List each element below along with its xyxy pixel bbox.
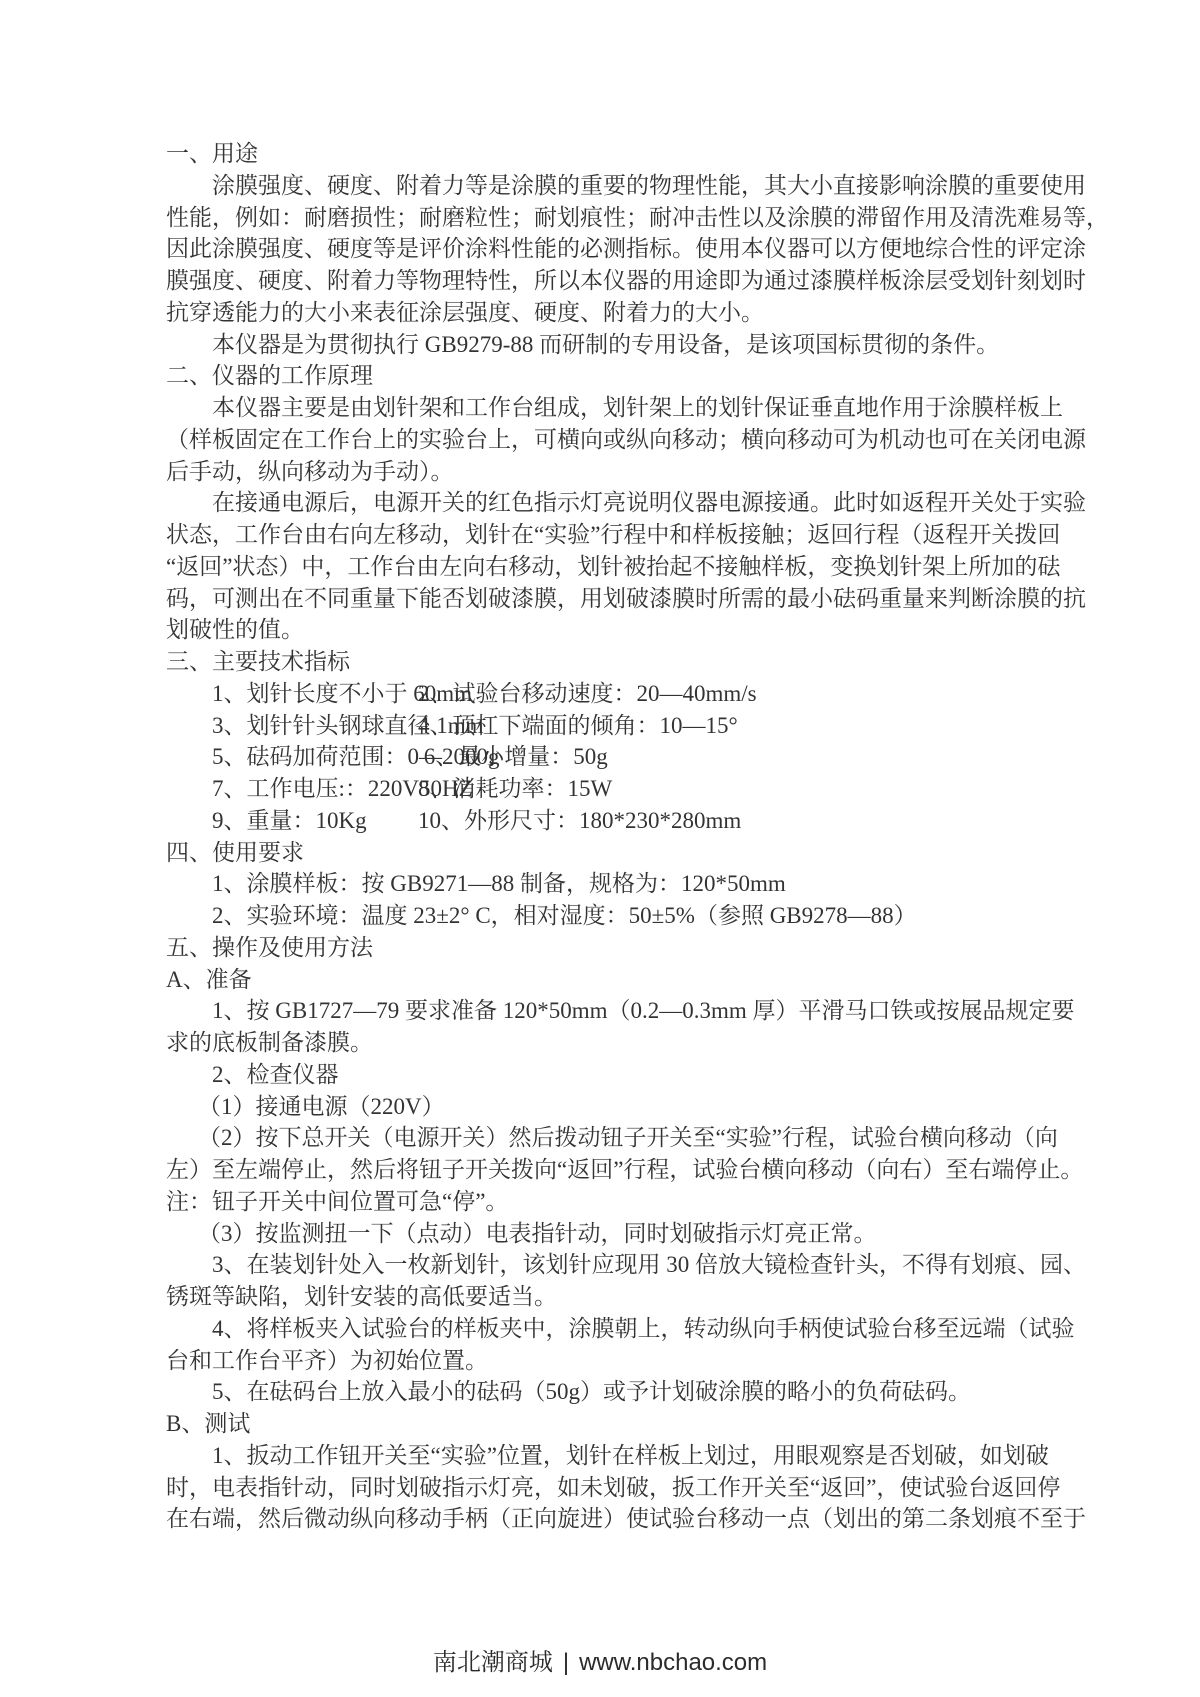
text-line: 后手动，纵向移动为手动）。 [166,456,1066,488]
text-line: 本仪器主要是由划针架和工作台组成，划针架上的划针保证垂直地作用于涂膜样板上 [166,392,1066,424]
section-heading: 四、使用要求 [166,837,1066,869]
section-heading: 五、操作及使用方法 [166,932,1066,964]
text-line: （2）按下总开关（电源开关）然后拨动钮子开关至“实验”行程，试验台横向移动（向 [166,1122,1066,1154]
footer-url: www.nbchao.com [579,1649,767,1676]
spec-line: 5、砝码加荷范围：0—2000g 6、最小增量：50g [166,741,1066,773]
text-line: 5、在砝码台上放入最小的砝码（50g）或予计划破涂膜的略小的负荷砝码。 [166,1376,1066,1408]
text-line: 2、实验环境：温度 23±2° C，相对湿度：50±5%（参照 GB9278—8… [166,900,1066,932]
text-line: 4、将样板夹入试验台的样板夹中，涂膜朝上，转动纵向手柄使试验台移至远端（试验 [166,1313,1066,1345]
section-heading: B、测试 [166,1408,1066,1440]
text-line: （样板固定在工作台上的实验台上，可横向或纵向移动；横向移动可为机动也可在关闭电源 [166,424,1066,456]
spec-line: 9、重量：10Kg10、外形尺寸：180*230*280mm [166,805,1066,837]
text-line: 涂膜强度、硬度、附着力等是涂膜的重要的物理性能，其大小直接影响涂膜的重要使用 [166,170,1066,202]
section-heading: 三、主要技术指标 [166,646,1066,678]
spec-item: 4、顶杠下端面的倾角：10—15° [418,710,738,742]
footer-site-name: 南北潮商城 [433,1649,553,1676]
spec-item: 7、工作电压:：220V50HZ [212,773,418,805]
text-line: 求的底板制备漆膜。 [166,1027,1066,1059]
spec-line: 7、工作电压:：220V50HZ8、消耗功率：15W [166,773,1066,805]
spec-item: 2、试验台移动速度：20—40mm/s [418,678,757,710]
spec-line: 3、划针针头钢球直径 1mm4、顶杠下端面的倾角：10—15° [166,710,1066,742]
text-line: 在接通电源后，电源开关的红色指示灯亮说明仪器电源接通。此时如返程开关处于实验 [166,487,1066,519]
text-line: 划破性的值。 [166,614,1066,646]
text-line: 3、在装划针处入一枚新划针，该划针应现用 30 倍放大镜检查针头，不得有划痕、园… [166,1249,1066,1281]
text-line: 1、按 GB1727—79 要求准备 120*50mm（0.2—0.3mm 厚）… [166,995,1066,1027]
section-heading: 一、用途 [166,138,1066,170]
text-line: 1、涂膜样板：按 GB9271—88 制备，规格为：120*50mm [166,868,1066,900]
text-line: 台和工作台平齐）为初始位置。 [166,1345,1066,1377]
spec-item: 5、砝码加荷范围：0—2000g [212,741,418,773]
page-footer: 南北潮商城|www.nbchao.com [0,1642,1200,1677]
spec-item: 1、划针长度不小于 60mm [212,678,418,710]
text-line: “返回”状态）中，工作台由左向右移动，划针被抬起不接触样板，变换划针架上所加的砝 [166,551,1066,583]
text-line: 本仪器是为贯彻执行 GB9279-88 而研制的专用设备，是该项国标贯彻的条件。 [166,329,1066,361]
footer-separator: | [563,1649,569,1676]
text-line: 时，电表指针动，同时划破指示灯亮，如未划破，扳工作开关至“返回”，使试验台返回停 [166,1472,1066,1504]
spec-item: 3、划针针头钢球直径 1mm [212,710,418,742]
text-line: （3）按监测扭一下（点动）电表指针动，同时划破指示灯亮正常。 [166,1218,1066,1250]
document-page: 一、用途涂膜强度、硬度、附着力等是涂膜的重要的物理性能，其大小直接影响涂膜的重要… [0,0,1200,1697]
spec-item: 10、外形尺寸：180*230*280mm [418,805,741,837]
text-line: 抗穿透能力的大小来表征涂层强度、硬度、附着力的大小。 [166,297,1066,329]
document-body: 一、用途涂膜强度、硬度、附着力等是涂膜的重要的物理性能，其大小直接影响涂膜的重要… [166,138,1066,1535]
spec-item: 6、最小增量：50g [418,741,608,773]
text-line: 锈斑等缺陷，划针安装的高低要适当。 [166,1281,1066,1313]
text-line: 码，可测出在不同重量下能否划破漆膜，用划破漆膜时所需的最小砝码重量来判断涂膜的抗 [166,583,1066,615]
text-line: 左）至左端停止，然后将钮子开关拨向“返回”行程，试验台横向移动（向右）至右端停止… [166,1154,1066,1186]
section-heading: 二、仪器的工作原理 [166,360,1066,392]
spec-item: 9、重量：10Kg [212,805,418,837]
spec-line: 1、划针长度不小于 60mm2、试验台移动速度：20—40mm/s [166,678,1066,710]
spec-item: 8、消耗功率：15W [418,773,612,805]
text-line: 1、扳动工作钮开关至“实验”位置，划针在样板上划过，用眼观察是否划破，如划破 [166,1440,1066,1472]
text-line: 状态，工作台由右向左移动，划针在“实验”行程中和样板接触；返回行程（返程开关拨回 [166,519,1066,551]
text-line: （1）接通电源（220V） [166,1091,1066,1123]
section-heading: A、准备 [166,964,1066,996]
text-line: 2、检查仪器 [166,1059,1066,1091]
text-line: 在右端，然后微动纵向移动手柄（正向旋进）使试验台移动一点（划出的第二条划痕不至于 [166,1503,1066,1535]
text-line: 性能，例如：耐磨损性；耐磨粒性；耐划痕性；耐冲击性以及涂膜的滞留作用及清洗难易等… [166,202,1066,234]
text-line: 因此涂膜强度、硬度等是评价涂料性能的必测指标。使用本仪器可以方便地综合性的评定涂 [166,233,1066,265]
text-line: 注：钮子开关中间位置可急“停”。 [166,1186,1066,1218]
text-line: 膜强度、硬度、附着力等物理特性，所以本仪器的用途即为通过漆膜样板涂层受划针刻划时 [166,265,1066,297]
